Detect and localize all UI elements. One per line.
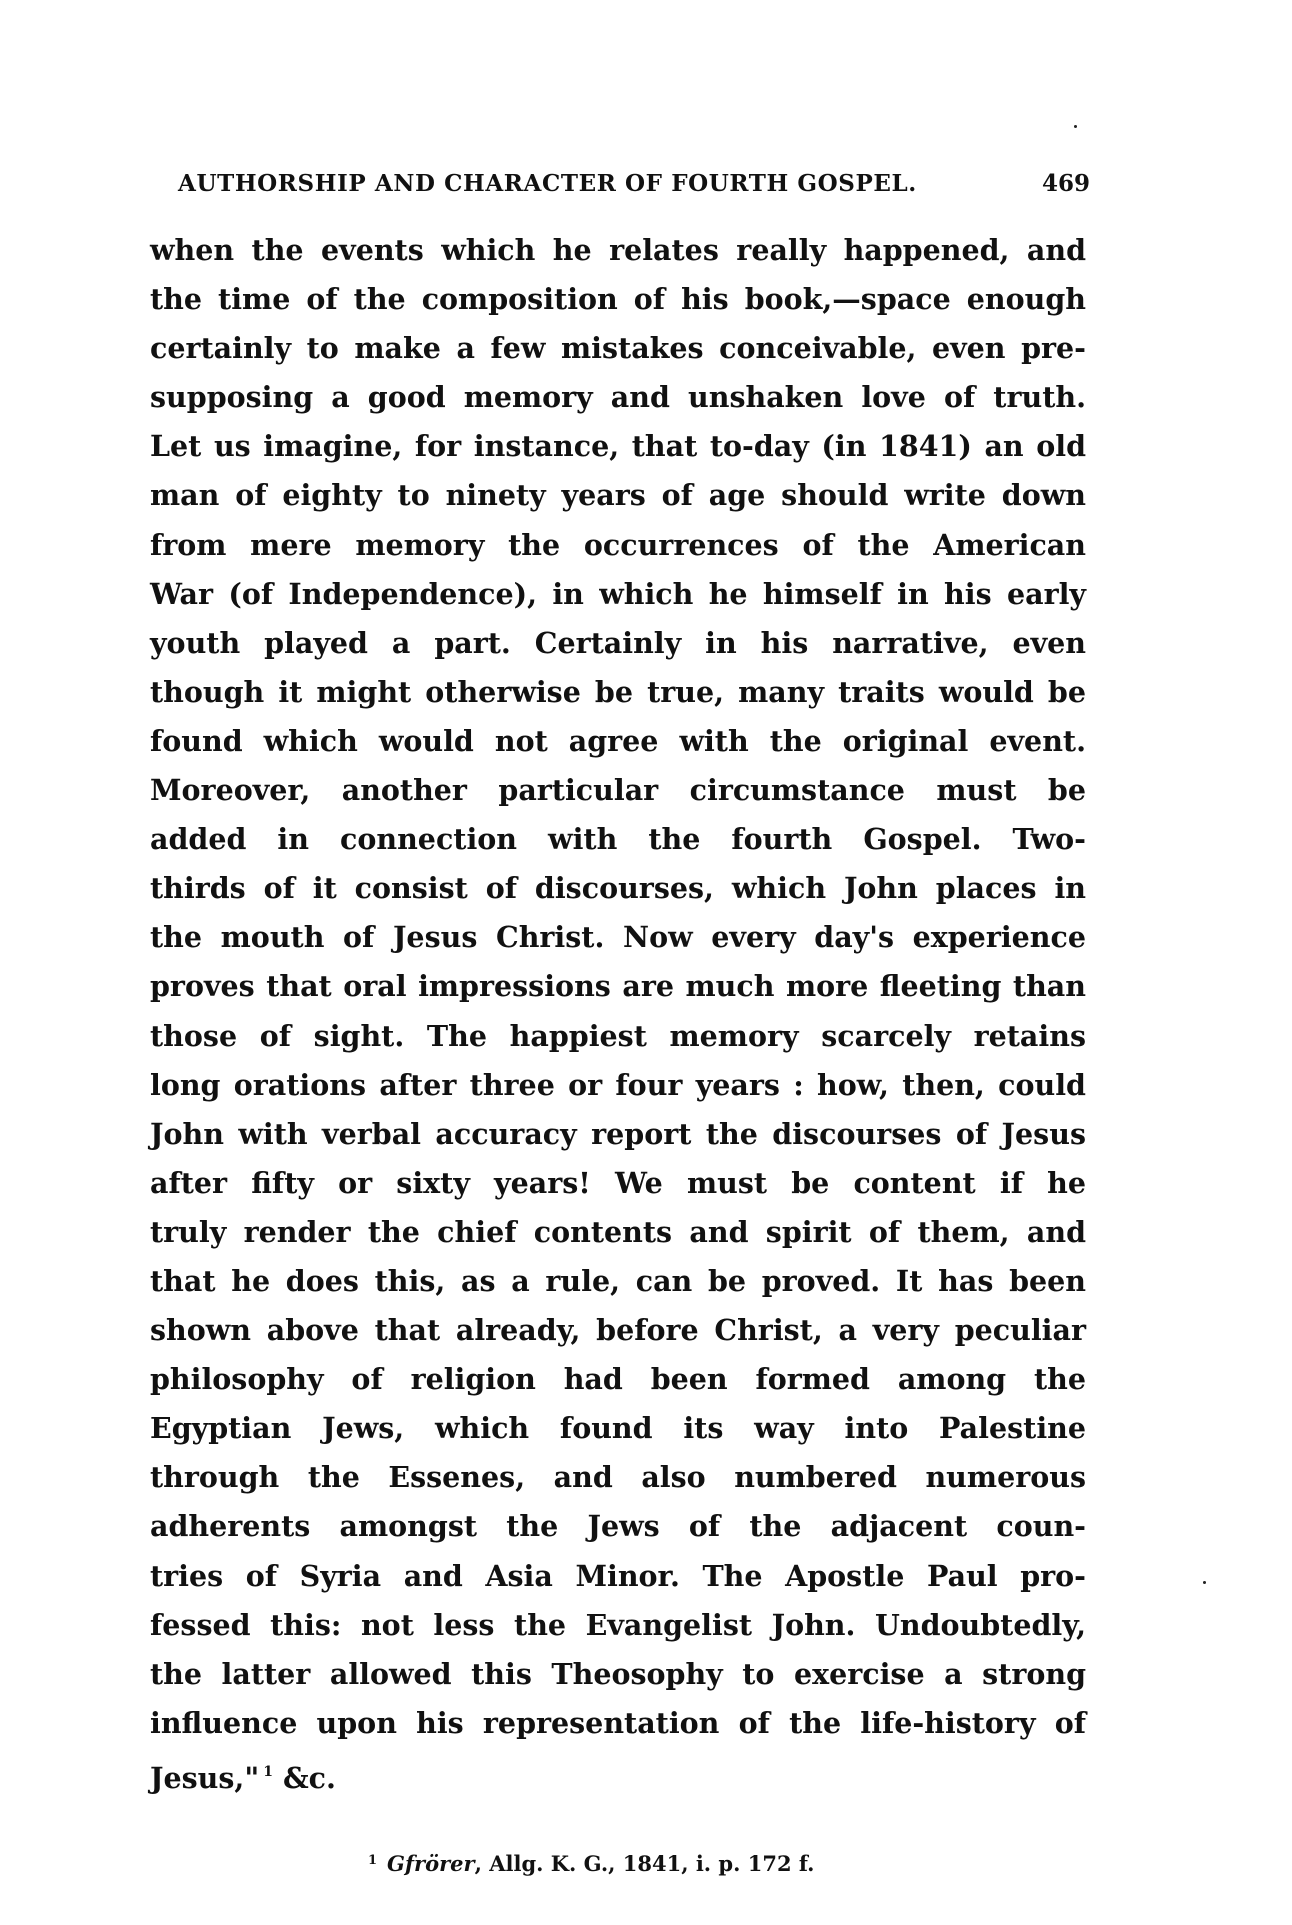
text-line-last: Jesus,"1&c. [150,1748,1086,1797]
text-line: proves that oral impressions are much mo… [150,962,1086,1011]
text-line: when the events which he relates really … [150,226,1086,275]
text-line: Let us imagine, for instance, that to-da… [150,422,1086,471]
scan-speck [1074,125,1077,128]
last-line-etc: &c. [283,1761,336,1795]
text-line: though it might otherwise be true, many … [150,668,1086,717]
text-line: Moreover, another particular circumstanc… [150,766,1086,815]
text-line: found which would not agree with the ori… [150,717,1086,766]
text-line: shown above that already, before Christ,… [150,1306,1086,1355]
text-line: man of eighty to ninety years of age sho… [150,471,1086,520]
running-head: AUTHORSHIP AND CHARACTER OF FOURTH GOSPE… [178,170,1090,204]
footnote-citation: , Allg. K. G., 1841, i. p. 172 f. [475,1851,815,1876]
text-line: influence upon his representation of the… [150,1699,1086,1748]
footnote: 1Gfrörer, Allg. K. G., 1841, i. p. 172 f… [368,1843,814,1879]
text-line: after fifty or sixty years! We must be c… [150,1159,1086,1208]
text-line: adherents amongst the Jews of the adjace… [150,1502,1086,1551]
text-line: John with verbal accuracy report the dis… [150,1110,1086,1159]
text-line: Egyptian Jews, which found its way into … [150,1404,1086,1453]
text-line: through the Essenes, and also numbered n… [150,1453,1086,1502]
text-line: fessed this: not less the Evangelist Joh… [150,1601,1086,1650]
text-line: youth played a part. Certainly in his na… [150,619,1086,668]
text-line: the mouth of Jesus Christ. Now every day… [150,913,1086,962]
body-text: when the events which he relates really … [150,226,1086,1797]
text-line: supposing a good memory and unshaken lov… [150,373,1086,422]
text-line: long orations after three or four years … [150,1061,1086,1110]
book-page: AUTHORSHIP AND CHARACTER OF FOURTH GOSPE… [0,0,1292,1925]
running-head-title: AUTHORSHIP AND CHARACTER OF FOURTH GOSPE… [178,170,917,197]
page-number: 469 [1042,170,1090,197]
text-line: tries of Syria and Asia Minor. The Apost… [150,1552,1086,1601]
scan-speck [1203,1581,1206,1584]
text-line: those of sight. The happiest memory scar… [150,1012,1086,1061]
text-line: War (of Independence), in which he himse… [150,570,1086,619]
footnote-marker: 1 [368,1853,377,1868]
text-line: the time of the composition of his book,… [150,275,1086,324]
last-line-text: Jesus," [150,1761,259,1795]
text-line: that he does this, as a rule, can be pro… [150,1257,1086,1306]
text-line: from mere memory the occurrences of the … [150,521,1086,570]
text-line: philosophy of religion had been formed a… [150,1355,1086,1404]
text-line: added in connection with the fourth Gosp… [150,815,1086,864]
text-line: certainly to make a few mistakes conceiv… [150,324,1086,373]
text-line: the latter allowed this Theosophy to exe… [150,1650,1086,1699]
text-line: truly render the chief contents and spir… [150,1208,1086,1257]
footnote-reference[interactable]: 1 [263,1764,273,1780]
text-line: thirds of it consist of discourses, whic… [150,864,1086,913]
footnote-author: Gfrörer [387,1851,475,1876]
